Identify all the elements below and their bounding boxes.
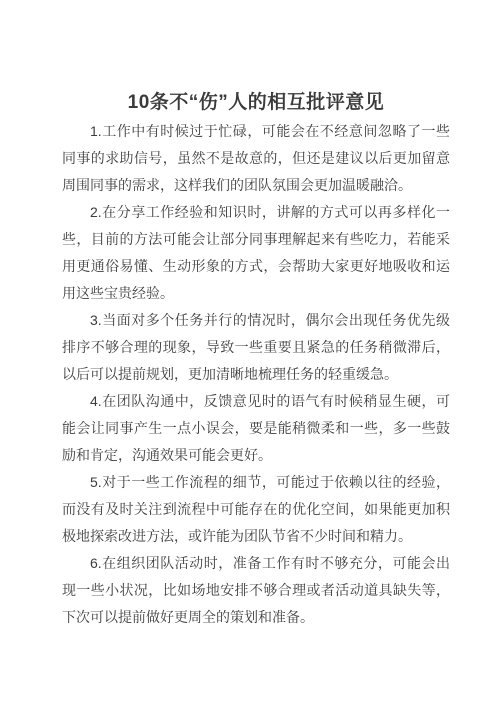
paragraph: 2.在分享工作经验和知识时，讲解的方式可以再多样化一些，目前的方法可能会让部分同… — [62, 199, 450, 307]
paragraph: 5.对于一些工作流程的细节，可能过于依赖以往的经验，而没有及时关注到流程中可能存… — [62, 469, 450, 550]
paragraph: 3.当面对多个任务并行的情况时，偶尔会出现任务优先级排序不够合理的现象，导致一些… — [62, 307, 450, 388]
paragraphs-container: 1.工作中有时候过于忙碌，可能会在不经意间忽略了一些同事的求助信号，虽然不是故意… — [62, 118, 450, 631]
page-title: 10条不“伤”人的相互批评意见 — [62, 88, 450, 118]
paragraph: 1.工作中有时候过于忙碌，可能会在不经意间忽略了一些同事的求助信号，虽然不是故意… — [62, 118, 450, 199]
document-page: 10条不“伤”人的相互批评意见 1.工作中有时候过于忙碌，可能会在不经意间忽略了… — [0, 0, 500, 707]
paragraph: 4.在团队沟通中，反馈意见时的语气有时候稍显生硬，可能会让同事产生一点小误会，要… — [62, 388, 450, 469]
paragraph: 6.在组织团队活动时，准备工作有时不够充分，可能会出现一些小状况，比如场地安排不… — [62, 550, 450, 631]
